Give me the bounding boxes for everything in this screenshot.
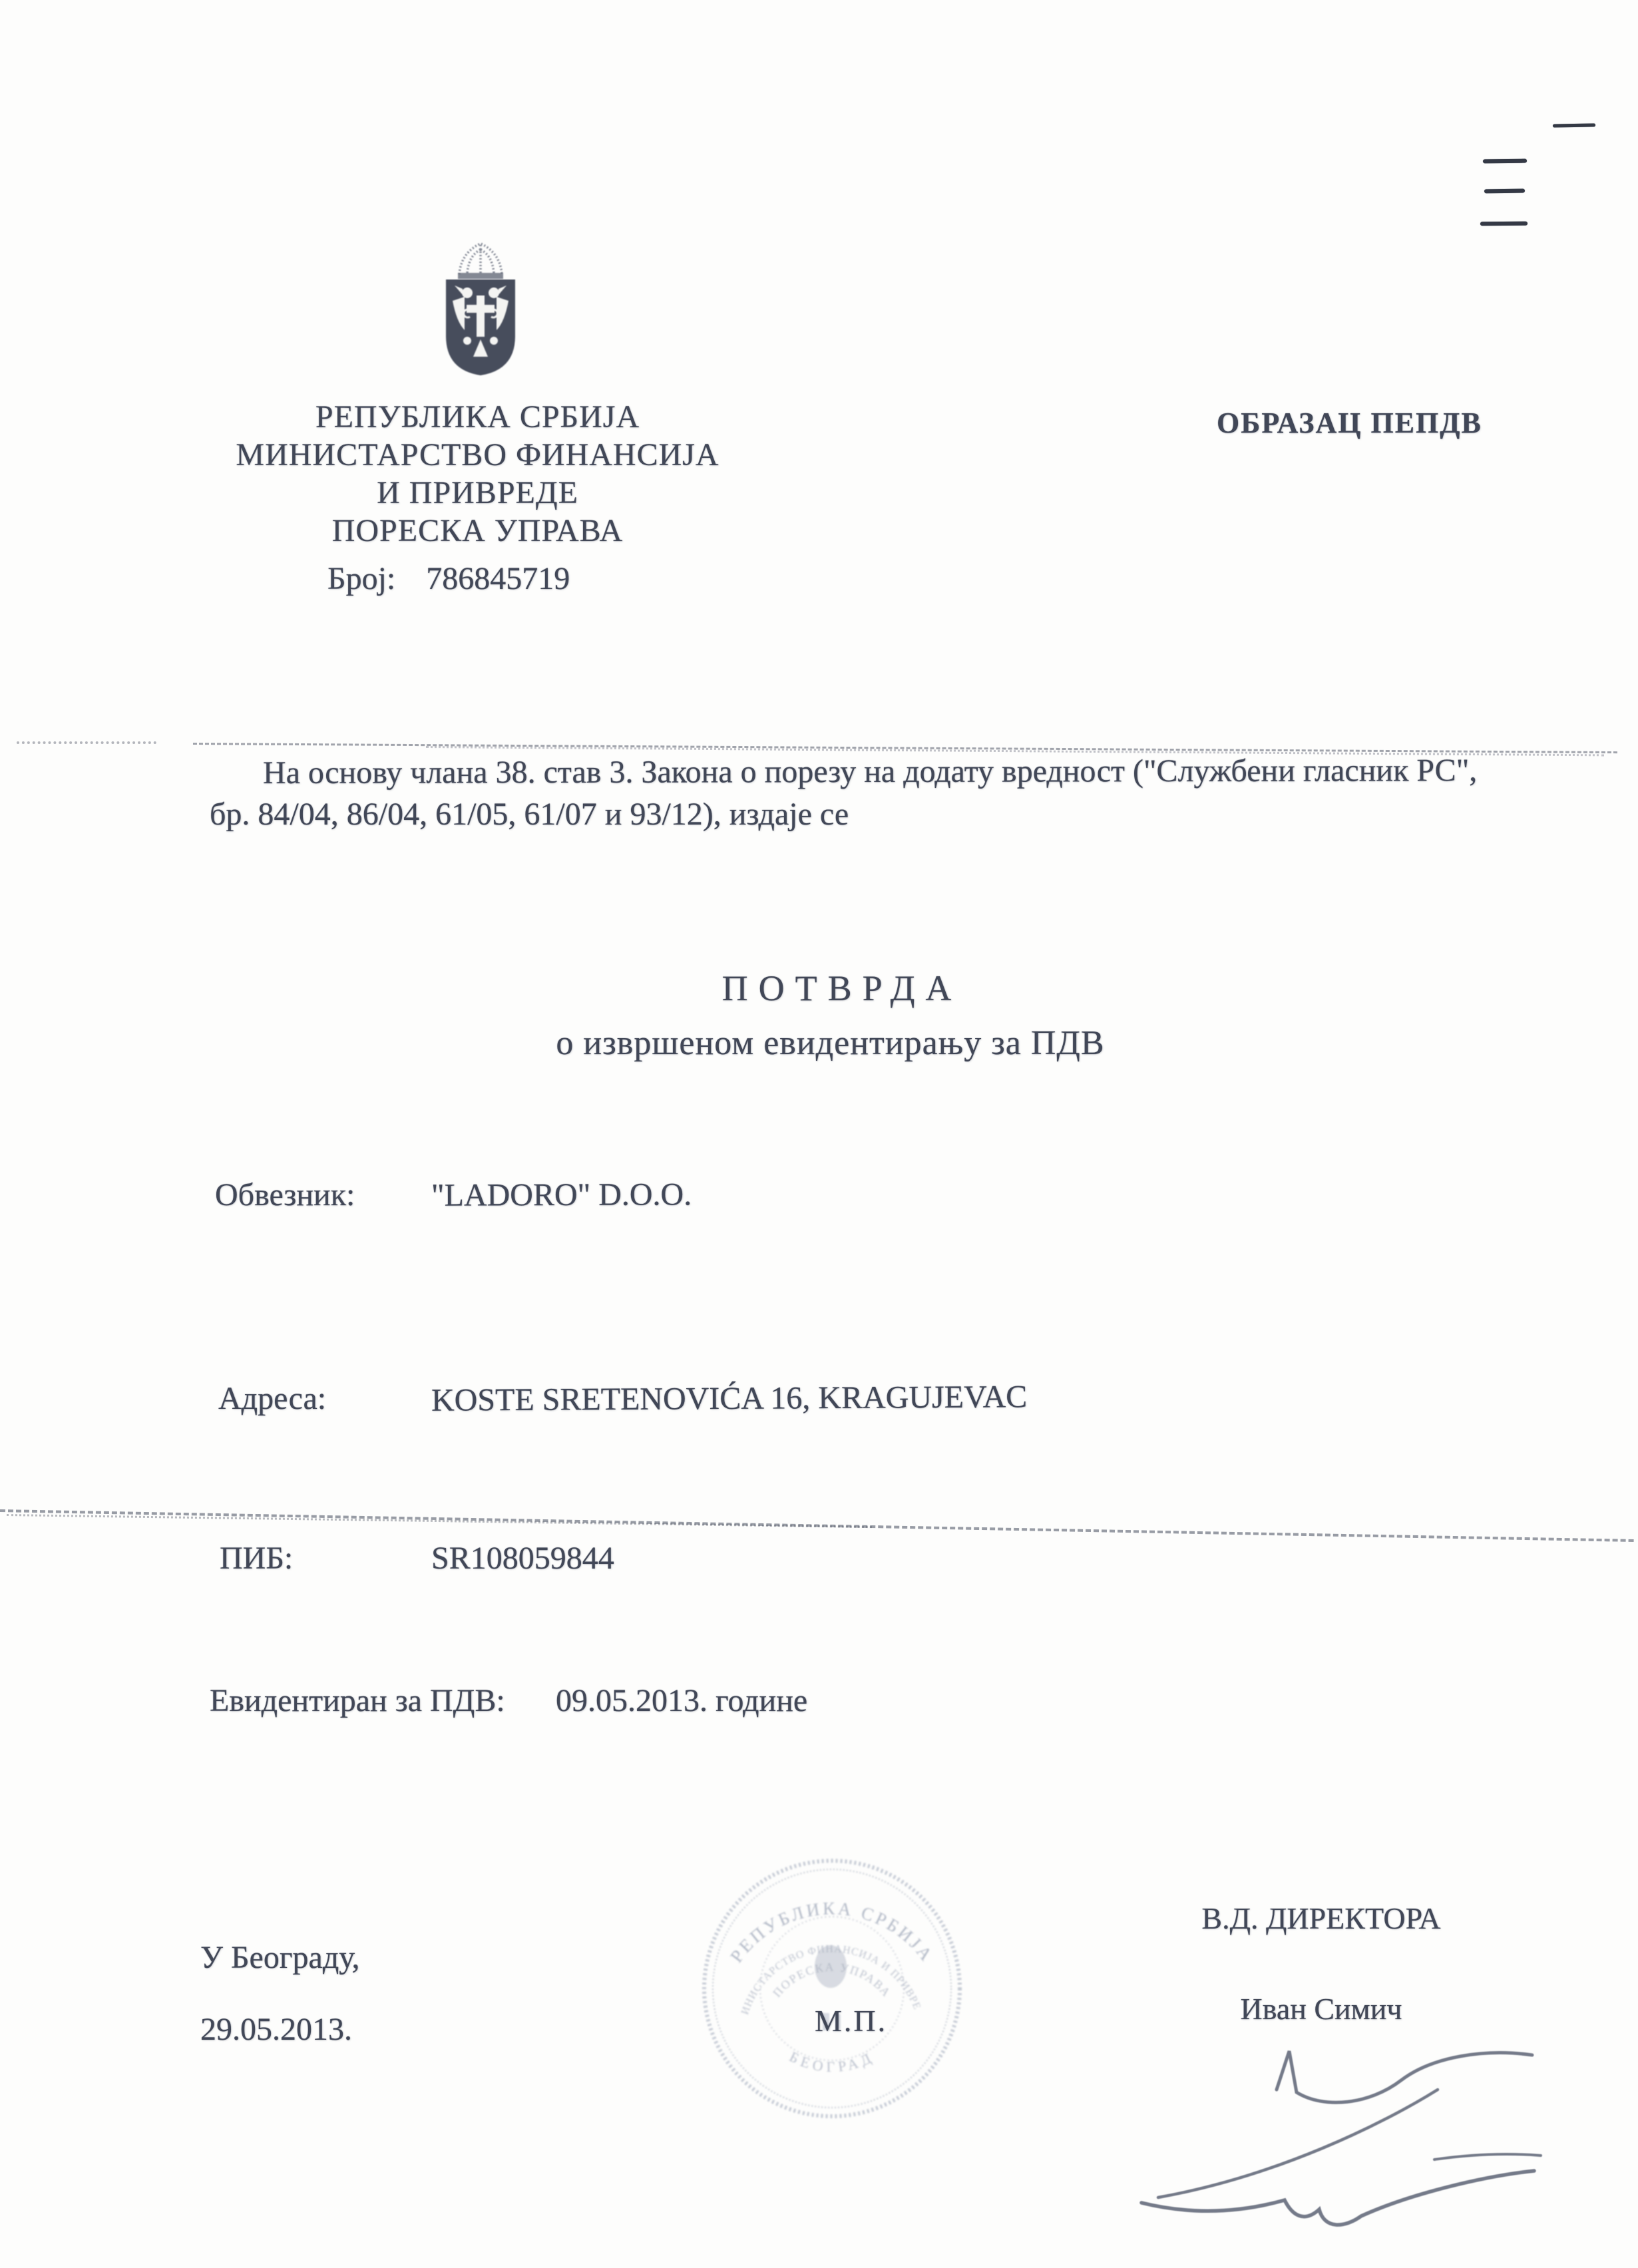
legal-basis-line2: бр. 84/04, 86/04, 61/05, 61/07 и 93/12),… [210, 799, 849, 831]
form-code: ОБРАЗАЦ ПЕПДВ [1217, 409, 1482, 438]
scanned-document-page: РЕПУБЛИКА СРБИЈА МИНИСТАРСТВО ФИНАНСИЈА … [0, 0, 1638, 2268]
issuer-line: МИНИСТАРСТВО ФИНАНСИЈА [220, 436, 735, 474]
issued-date: 29.05.2013. [200, 2014, 352, 2046]
document-number-label: Број: [327, 561, 395, 596]
issuer-line: ПОРЕСКА УПРАВА [220, 512, 735, 550]
issuer-line: РЕПУБЛИКА СРБИЈА [220, 398, 735, 436]
stamp-place-mark: М.П. [815, 2006, 887, 2036]
official-stamp: РЕПУБЛИКА СРБИЈА МИНИСТАРСТВО ФИНАНСИЈА … [689, 1845, 975, 2135]
legal-basis-line1: На основу члана 38. став 3. Закона о пор… [263, 755, 1477, 789]
field-label-obveznik: Обвезник: [215, 1179, 355, 1211]
document-title: ПОТВРДА [443, 970, 1241, 1006]
field-label-adresa: Адреса: [218, 1383, 326, 1415]
svg-text:БЕОГРАД: БЕОГРАД [787, 2048, 877, 2075]
field-label-pib: ПИБ: [220, 1543, 293, 1575]
scan-mark [1480, 222, 1528, 226]
signature [1125, 2015, 1551, 2238]
document-number: Број: 786845719 [327, 563, 570, 595]
issuer-line: И ПРИВРЕДЕ [220, 474, 735, 512]
scan-mark [1484, 189, 1525, 194]
scan-artifact-line [7, 1514, 872, 1528]
scan-mark [1483, 159, 1527, 164]
scan-artifact-line [193, 743, 1617, 753]
scan-artifact-line [17, 741, 156, 744]
field-label-evidentiran: Евидентиран за ПДВ: [210, 1685, 505, 1717]
document-number-value: 786845719 [426, 561, 570, 596]
field-value-obveznik: "LADORO" D.O.O. [431, 1179, 692, 1211]
field-value-pib: SR108059844 [431, 1543, 614, 1575]
field-value-evidentiran: 09.05.2013. године [556, 1685, 807, 1717]
coat-of-arms-serbia [433, 240, 529, 383]
field-value-adresa: KOSTE SRETENOVIĆA 16, KRAGUJEVAC [431, 1381, 1027, 1416]
issued-place: У Београду, [200, 1942, 359, 1974]
document-subtitle: о извршеном евидентирању за ПДВ [429, 1026, 1231, 1061]
document-content: РЕПУБЛИКА СРБИЈА МИНИСТАРСТВО ФИНАНСИЈА … [0, 0, 1638, 2268]
signer-title: В.Д. ДИРЕКТОРА [1131, 1903, 1511, 1934]
stamp-arc-bottom: БЕОГРАД [787, 2048, 877, 2075]
issuer-header: РЕПУБЛИКА СРБИЈА МИНИСТАРСТВО ФИНАНСИЈА … [220, 398, 735, 550]
scan-mark [1553, 123, 1595, 127]
stamp-center-emblem [815, 1945, 847, 1988]
